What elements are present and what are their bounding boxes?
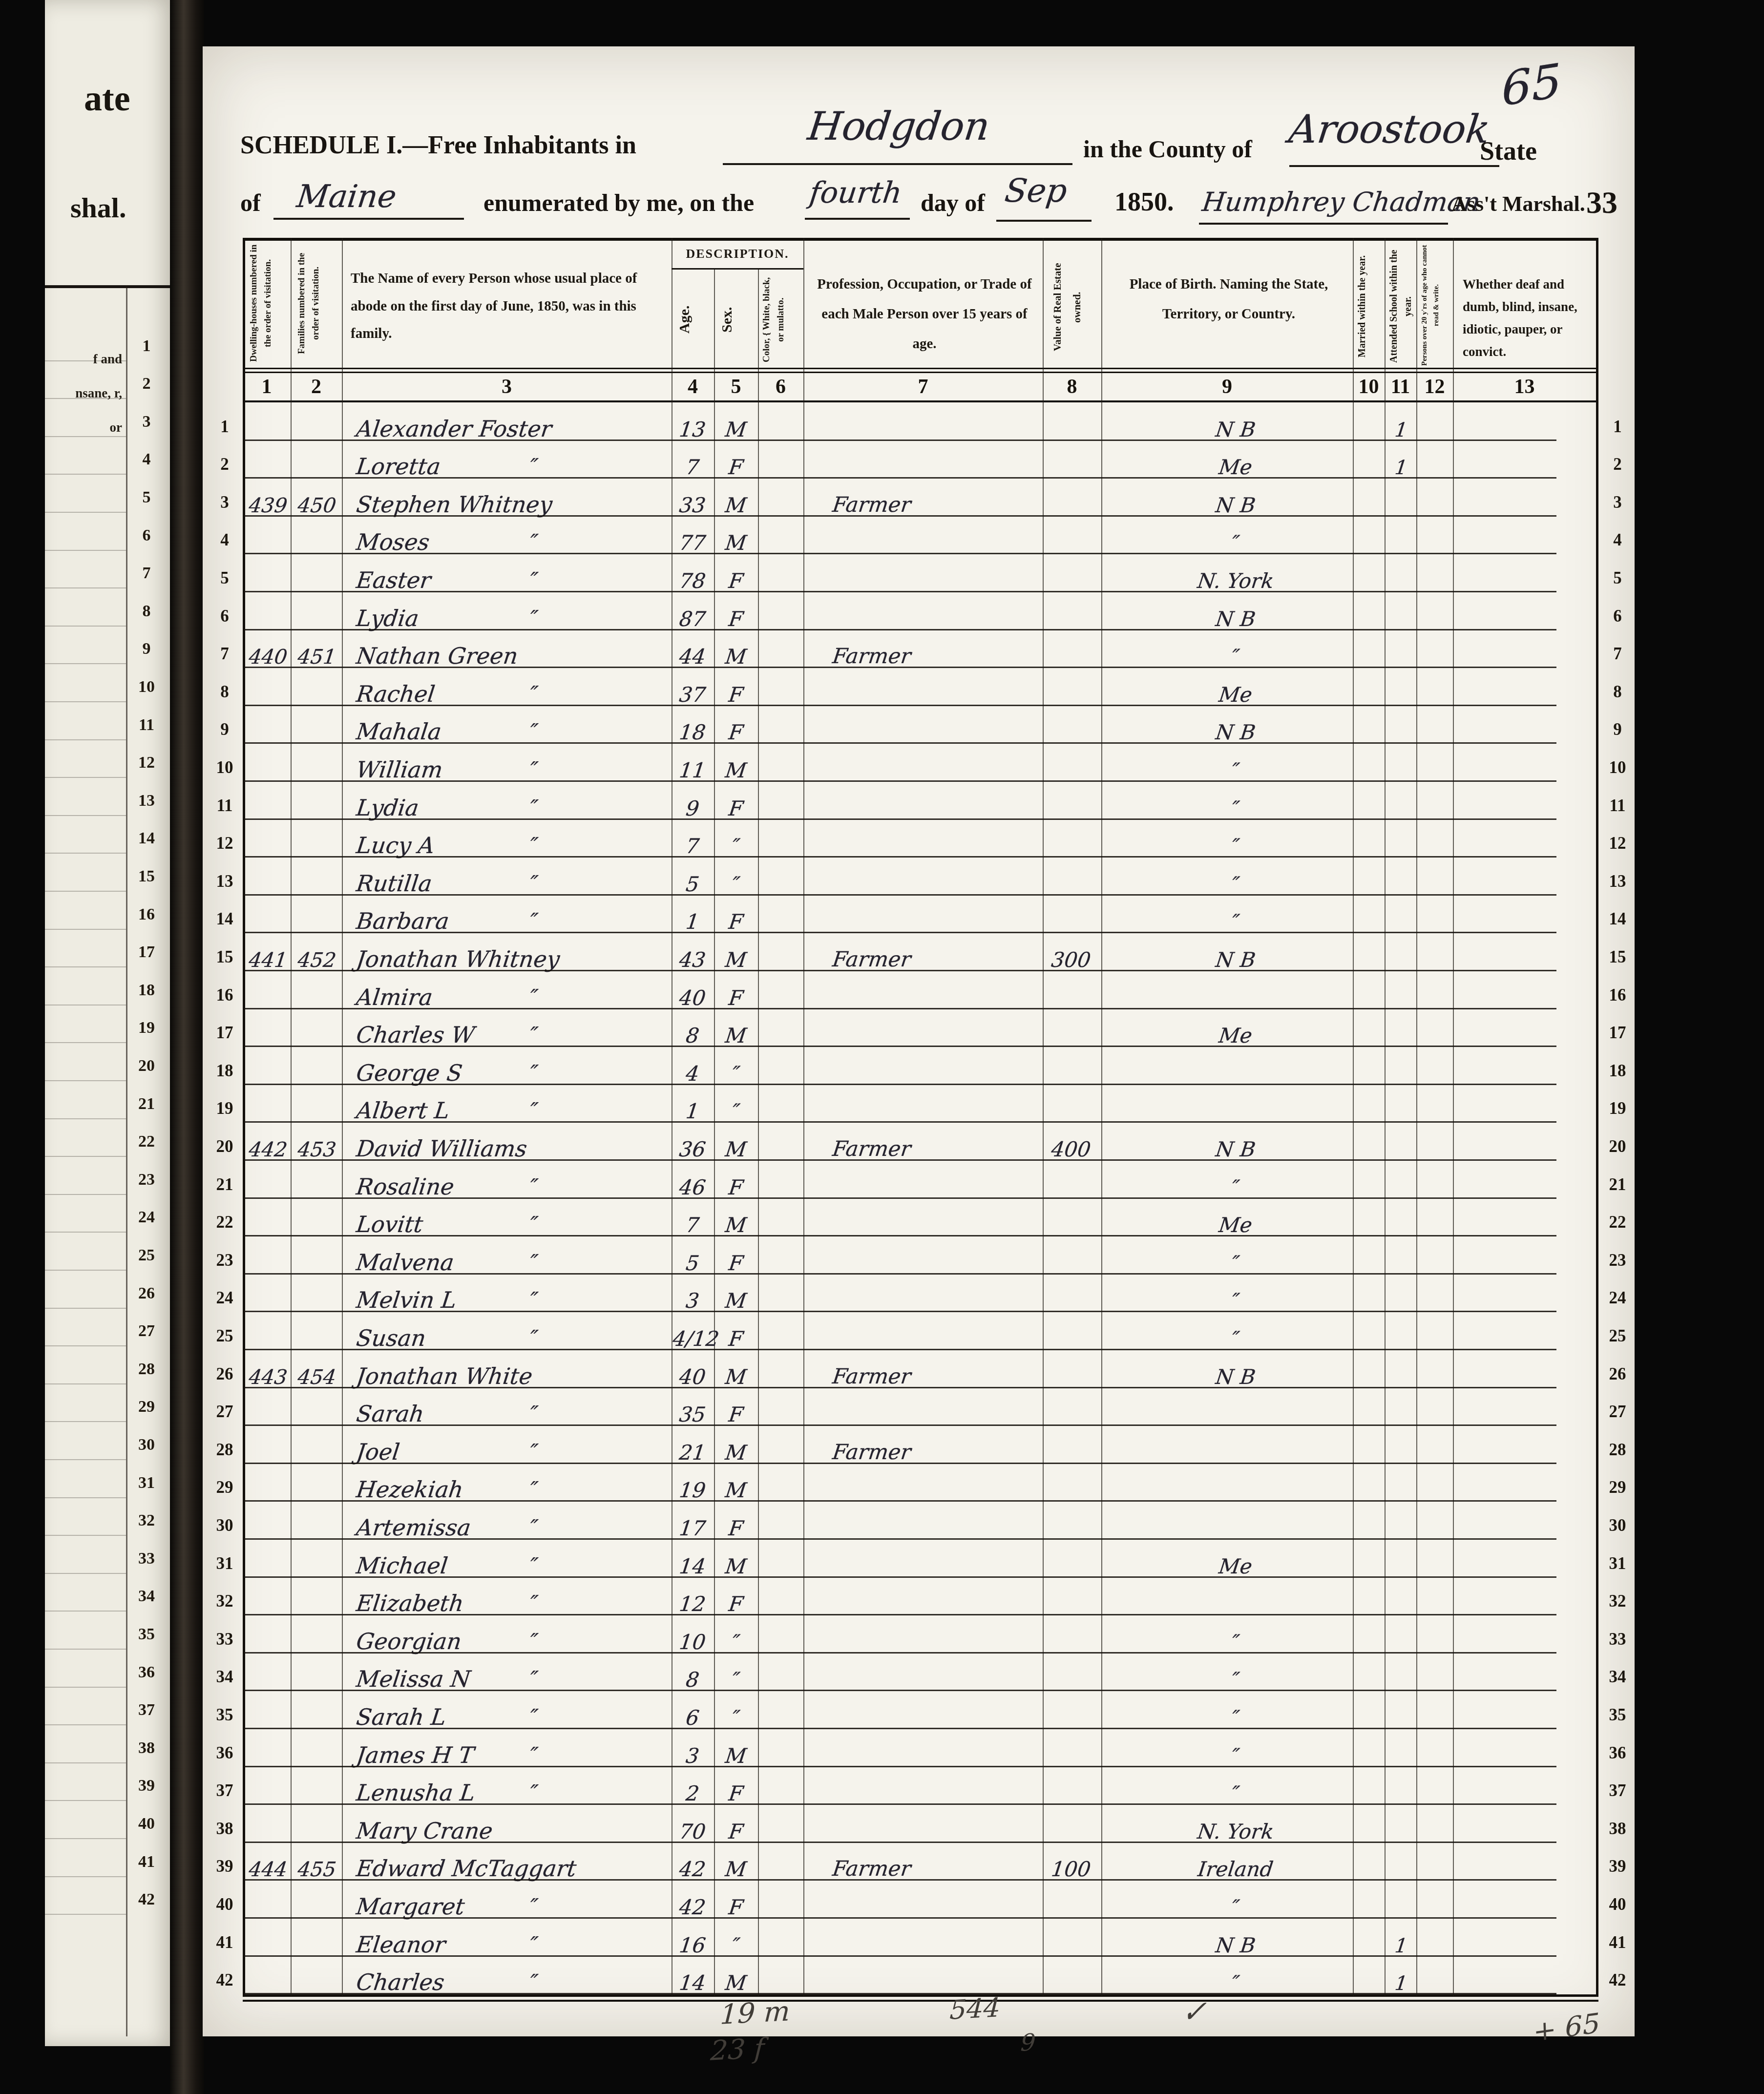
cell-occupation: Farmer (831, 646, 1044, 667)
cell-age: 17 (672, 1518, 713, 1539)
col-num-3: 3 (342, 375, 672, 398)
cell-dwelling-number: 443 (244, 1367, 292, 1387)
cell-age: 16 (672, 1935, 713, 1956)
cell-name: Mary Crane (355, 1820, 671, 1842)
cell-sex: M (715, 1215, 756, 1235)
cell-age: 6 (672, 1708, 713, 1728)
cell-sex: M (715, 533, 756, 553)
cell-age: 13 (672, 419, 713, 440)
cell-sex: F (715, 1253, 756, 1274)
row-number-right: 31 (1603, 1555, 1632, 1572)
cell-age: 70 (672, 1822, 713, 1842)
row-number-left: 8 (211, 683, 238, 700)
cell-name: Jonathan White (355, 1365, 671, 1387)
cell-age: 33 (672, 495, 713, 516)
cell-sex: ″ (715, 1708, 756, 1728)
row-number-left: 35 (211, 1706, 238, 1723)
cell-sex: F (715, 1783, 756, 1804)
row-number-left: 17 (211, 1024, 238, 1041)
col-num-7: 7 (803, 375, 1043, 398)
cell-age: 87 (672, 609, 713, 629)
cell-sex: F (715, 1404, 756, 1425)
col-num-5: 5 (714, 375, 758, 398)
table-row: 20 442 453 David Williams 36 M Farmer 40… (203, 1123, 1635, 1161)
cell-birthplace: N B (1122, 1139, 1349, 1160)
month-handwritten: Sep (1003, 172, 1069, 209)
cell-birthplace: N B (1122, 609, 1349, 629)
row-number-left: 39 (211, 1858, 238, 1875)
cell-birthplace: ″ (1122, 836, 1349, 857)
table-row: 28 Joel ″ 21 M Farmer 28 (203, 1426, 1635, 1464)
cell-family-number: 451 (292, 647, 341, 667)
cell-age: 5 (672, 874, 713, 895)
cell-age: 7 (672, 457, 713, 478)
col-num-8: 8 (1043, 375, 1101, 398)
row-number-right: 39 (1603, 1858, 1632, 1875)
row-number-right: 16 (1603, 986, 1632, 1004)
cell-name: George S (355, 1062, 671, 1084)
cell-sex: F (715, 685, 756, 705)
table-row: 22 Lovitt ″ 7 M Me 22 (203, 1199, 1635, 1237)
cell-age: 18 (672, 722, 713, 743)
cell-surname-ditto: ″ (518, 1214, 549, 1235)
row-number-right: 22 (1603, 1214, 1632, 1231)
annotation-checkmark: ✓ (1181, 1994, 1207, 2030)
row-number-right: 42 (1603, 1971, 1632, 1989)
cell-birthplace: ″ (1122, 1632, 1349, 1653)
row-number-right: 29 (1603, 1479, 1632, 1496)
cell-surname-ditto: ″ (518, 1631, 549, 1653)
table-row: 9 Mahala ″ 18 F N B 9 (203, 706, 1635, 744)
cell-age: 12 (672, 1594, 713, 1614)
row-number-right: 7 (1603, 645, 1632, 662)
cell-name: Lucy A (355, 834, 671, 857)
cell-age: 77 (672, 533, 713, 553)
row-number-right: 11 (1603, 797, 1632, 814)
row-number-left: 9 (211, 721, 238, 738)
table-row: 14 Barbara ″ 1 F ″ 14 (203, 896, 1635, 934)
cell-sex: M (715, 760, 756, 781)
col-num-6: 6 (758, 375, 803, 398)
cell-name: Melissa N (355, 1668, 671, 1690)
table-row: 19 Albert L ″ 1 ″ 19 (203, 1085, 1635, 1123)
cell-name: William (355, 758, 671, 781)
col-header-school: Attended School within the year. (1387, 247, 1414, 366)
cell-name: Rosaline (355, 1175, 671, 1198)
cell-surname-ditto: ″ (518, 1100, 549, 1122)
cell-age: 19 (672, 1480, 713, 1501)
year-label: 1850. (1114, 187, 1174, 217)
cell-birthplace: ″ (1122, 1670, 1349, 1690)
cell-birthplace: ″ (1122, 912, 1349, 932)
prev-page-row-number: 2 (132, 375, 161, 393)
cell-surname-ditto: ″ (518, 1782, 549, 1804)
enumerated-label: enumerated by me, on the (483, 188, 754, 217)
table-row: 42 Charles ″ 14 M ″ 1 42 (203, 1957, 1635, 1995)
col-header-cannot-read: Persons over 20 y'rs of age who cannot r… (1419, 244, 1451, 366)
cell-name: Alexander Foster (355, 418, 671, 440)
cell-name: Stephen Whitney (355, 493, 671, 516)
cell-birthplace: N. York (1122, 571, 1349, 591)
cell-birthplace: N B (1122, 419, 1349, 440)
row-number-left: 28 (211, 1441, 238, 1458)
row-number-right: 34 (1603, 1668, 1632, 1685)
cell-sex: F (715, 571, 756, 591)
row-number-left: 31 (211, 1555, 238, 1572)
row-number-left: 37 (211, 1782, 238, 1799)
row-number-right: 2 (1603, 456, 1632, 473)
state-word: State (1480, 136, 1537, 166)
row-number-right: 1 (1603, 418, 1632, 435)
cell-name: Rutilla (355, 872, 671, 895)
table-row: 36 James H T ″ 3 M ″ 36 (203, 1729, 1635, 1767)
cell-age: 14 (672, 1556, 713, 1577)
cell-name: Margaret (355, 1895, 671, 1918)
table-row: 34 Melissa N ″ 8 ″ ″ 34 (203, 1654, 1635, 1692)
cell-name: Barbara (355, 910, 671, 932)
row-number-left: 25 (211, 1327, 238, 1344)
cell-name: Mahala (355, 720, 671, 743)
page-number-script: 65 (1501, 53, 1563, 117)
cell-name: Jonathan Whitney (355, 948, 671, 970)
row-number-right: 28 (1603, 1441, 1632, 1458)
cell-age: 42 (672, 1897, 713, 1918)
cell-sex: F (715, 722, 756, 743)
row-number-left: 21 (211, 1176, 238, 1193)
cell-name: Melvin L (355, 1289, 671, 1311)
cell-age: 5 (672, 1253, 713, 1274)
cell-family-number: 454 (292, 1367, 341, 1387)
cell-birthplace: N B (1122, 950, 1349, 970)
signature-blank-line (1199, 223, 1448, 225)
cell-sex: M (715, 1367, 756, 1387)
cell-name: Charles (355, 1971, 671, 1993)
cell-name: Almira (355, 986, 671, 1008)
row-number-left: 14 (211, 910, 238, 927)
cell-name: Malvena (355, 1251, 671, 1274)
of-label: of (240, 188, 261, 217)
cell-name: Nathan Green (355, 645, 671, 667)
schedule-title: SCHEDULE I.—Free Inhabitants in (240, 131, 636, 160)
annotation-nine: 9 (1020, 2029, 1036, 2057)
row-number-right: 6 (1603, 607, 1632, 625)
cell-birthplace: ″ (1122, 1746, 1349, 1766)
census-page-scan: ate shal. f and nsane, r, or 12345678910… (0, 0, 1764, 2094)
cell-birthplace: N B (1122, 495, 1349, 516)
cell-sex: M (715, 1026, 756, 1046)
row-number-right: 35 (1603, 1706, 1632, 1723)
row-number-right: 13 (1603, 873, 1632, 890)
row-number-left: 5 (211, 569, 238, 586)
table-row: 26 443 454 Jonathan White 40 M Farmer N … (203, 1350, 1635, 1388)
cell-surname-ditto: ″ (518, 1403, 549, 1425)
day-blank-line (805, 218, 910, 220)
cell-sex: M (715, 419, 756, 440)
cell-birthplace: N B (1122, 1367, 1349, 1387)
cell-sex: ″ (715, 1101, 756, 1122)
cell-age: 37 (672, 685, 713, 705)
table-row: 13 Rutilla ″ 5 ″ ″ 13 (203, 858, 1635, 896)
cell-surname-ditto: ″ (518, 759, 549, 781)
row-number-left: 7 (211, 645, 238, 662)
cell-name: Edward McTaggart (355, 1857, 671, 1880)
cell-birthplace: ″ (1122, 1329, 1349, 1349)
cell-age: 43 (672, 950, 713, 970)
cell-age: 2 (672, 1783, 713, 1804)
cell-real-estate-value: 300 (1042, 950, 1099, 970)
table-row: 17 Charles W ″ 8 M Me 17 (203, 1009, 1635, 1047)
row-number-left: 40 (211, 1896, 238, 1913)
row-number-right: 32 (1603, 1592, 1632, 1610)
cell-birthplace: ″ (1122, 1708, 1349, 1728)
cell-surname-ditto: ″ (518, 1745, 549, 1766)
cell-surname-ditto: ″ (518, 1669, 549, 1690)
row-number-right: 30 (1603, 1517, 1632, 1534)
table-row: 24 Melvin L ″ 3 M ″ 24 (203, 1275, 1635, 1313)
row-number-left: 23 (211, 1252, 238, 1269)
annotation-males: 19 m (719, 1995, 791, 2031)
cell-surname-ditto: ″ (518, 1328, 549, 1349)
row-number-right: 37 (1603, 1782, 1632, 1799)
cell-sex: M (715, 1746, 756, 1766)
cell-family-number: 453 (292, 1140, 341, 1160)
cell-dwelling-number: 440 (244, 647, 292, 667)
col-header-real-estate: Value of Real Estate owned. (1048, 249, 1097, 365)
cell-age: 36 (672, 1139, 713, 1160)
row-number-left: 26 (211, 1365, 238, 1382)
col-header-profession: Profession, Occupation, or Trade of each… (812, 270, 1037, 359)
prev-page-marshal-partial: shal. (70, 191, 126, 224)
row-number-left: 29 (211, 1479, 238, 1496)
cell-age: 3 (672, 1291, 713, 1311)
col-header-name: The Name of every Person whose usual pla… (351, 265, 664, 348)
row-number-left: 22 (211, 1214, 238, 1231)
description-underline (672, 268, 803, 270)
table-row: 35 Sarah L ″ 6 ″ ″ 35 (203, 1691, 1635, 1729)
cell-surname-ditto: ″ (518, 911, 549, 932)
cell-sex: F (715, 1177, 756, 1198)
cell-birthplace: Me (1122, 1215, 1349, 1235)
table-row: 29 Hezekiah ″ 19 M 29 (203, 1464, 1635, 1502)
cell-age: 3 (672, 1746, 713, 1766)
row-number-right: 36 (1603, 1744, 1632, 1761)
row-number-left: 10 (211, 759, 238, 776)
cell-age: 7 (672, 1215, 713, 1235)
cell-name: Hezekiah (355, 1478, 671, 1501)
cell-surname-ditto: ″ (518, 797, 549, 819)
table-row: 5 Easter ″ 78 F N. York 5 (203, 554, 1635, 592)
cell-age: 21 (672, 1443, 713, 1463)
row-number-right: 17 (1603, 1024, 1632, 1041)
cell-occupation: Farmer (831, 1366, 1044, 1387)
table-row: 27 Sarah ″ 35 F 27 (203, 1388, 1635, 1426)
row-number-left: 27 (211, 1403, 238, 1420)
cell-name: Elizabeth (355, 1592, 671, 1614)
cell-dwelling-number: 444 (244, 1860, 292, 1880)
cell-age: 11 (672, 760, 713, 781)
cell-dwelling-number: 442 (244, 1140, 292, 1160)
table-row: 39 444 455 Edward McTaggart 42 M Farmer … (203, 1843, 1635, 1881)
cell-sex: F (715, 457, 756, 478)
cell-occupation: Farmer (831, 949, 1044, 970)
row-number-left: 1 (211, 418, 238, 435)
cell-surname-ditto: ″ (518, 1555, 549, 1577)
cell-surname-ditto: ″ (518, 1252, 549, 1274)
row-number-right: 24 (1603, 1289, 1632, 1306)
table-row: 1 Alexander Foster 13 M N B 1 1 (203, 403, 1635, 441)
row-number-left: 15 (211, 948, 238, 965)
county-label: in the County of (1083, 135, 1252, 163)
row-number-right: 5 (1603, 569, 1632, 586)
cell-name: Lenusha L (355, 1781, 671, 1804)
description-group-label: DESCRIPTION. (674, 247, 801, 261)
cell-surname-ditto: ″ (518, 873, 549, 895)
row-number-right: 9 (1603, 721, 1632, 738)
table-row: 40 Margaret ″ 42 F ″ 40 (203, 1881, 1635, 1919)
cell-age: 46 (672, 1177, 713, 1198)
table-row: 23 Malvena ″ 5 F ″ 23 (203, 1236, 1635, 1275)
town-blank-line (723, 163, 1072, 165)
cell-surname-ditto: ″ (518, 987, 549, 1008)
cell-surname-ditto: ″ (518, 1593, 549, 1614)
town-handwritten: Hodgdon (805, 104, 992, 149)
cell-surname-ditto: ″ (518, 608, 549, 629)
cell-age: 8 (672, 1670, 713, 1690)
col-num-10: 10 (1353, 375, 1385, 398)
cell-sex: M (715, 1556, 756, 1577)
cell-sex: F (715, 1822, 756, 1842)
cell-birthplace: ″ (1122, 1897, 1349, 1918)
prev-page-row-number: 1 (132, 337, 161, 356)
col-header-age: Age. (676, 274, 711, 365)
cell-surname-ditto: ″ (518, 1025, 549, 1046)
row-number-left: 13 (211, 873, 238, 890)
cell-name: Sarah (355, 1403, 671, 1425)
cell-name: Charles W (355, 1024, 671, 1046)
row-number-right: 21 (1603, 1176, 1632, 1193)
cell-birthplace: Ireland (1122, 1859, 1349, 1880)
row-number-right: 19 (1603, 1100, 1632, 1117)
cell-surname-ditto: ″ (518, 1896, 549, 1918)
table-row: 41 Eleanor ″ 16 ″ N B 1 41 (203, 1919, 1635, 1957)
cell-surname-ditto: ″ (518, 1442, 549, 1463)
table-row: 25 Susan ″ 4/12 F ″ 25 (203, 1312, 1635, 1350)
row-number-left: 12 (211, 835, 238, 852)
prev-page-row-rule (45, 360, 126, 361)
state-blank-line (273, 218, 464, 220)
row-number-right: 41 (1603, 1934, 1632, 1951)
cell-sex: M (715, 647, 756, 667)
row-number-left: 19 (211, 1100, 238, 1117)
cell-birthplace: ″ (1122, 1973, 1349, 1993)
cell-name: Susan (355, 1327, 671, 1349)
cell-name: Georgian (355, 1630, 671, 1653)
cell-occupation: Farmer (831, 1859, 1044, 1880)
row-number-left: 42 (211, 1971, 238, 1989)
cell-age: 4 (672, 1064, 713, 1084)
cell-name: David Williams (355, 1137, 671, 1160)
table-row: 16 Almira ″ 40 F 16 (203, 971, 1635, 1009)
cell-name: Joel (355, 1441, 671, 1463)
cell-birthplace: ″ (1122, 760, 1349, 781)
table-row: 2 Loretta ″ 7 F Me 1 2 (203, 441, 1635, 479)
cell-sex: ″ (715, 874, 756, 895)
col-num-13: 13 (1453, 375, 1596, 398)
row-number-left: 6 (211, 607, 238, 625)
county-handwritten: Aroostook (1286, 106, 1492, 152)
col-header-sex: Sex. (719, 274, 754, 365)
table-row: 8 Rachel ″ 37 F Me 8 (203, 668, 1635, 706)
cell-sex: M (715, 1480, 756, 1501)
cell-sex: ″ (715, 1670, 756, 1690)
cell-name: Artemissa (355, 1516, 671, 1539)
header-bottom-rule-2 (243, 372, 1598, 373)
cell-age: 40 (672, 1367, 713, 1387)
row-number-right: 26 (1603, 1365, 1632, 1382)
cell-sex: ″ (715, 1632, 756, 1653)
cell-sex: F (715, 1594, 756, 1614)
row-number-left: 11 (211, 797, 238, 814)
cell-sex: F (715, 1518, 756, 1539)
cell-age: 35 (672, 1404, 713, 1425)
cell-surname-ditto: ″ (518, 1707, 549, 1728)
cell-age: 9 (672, 798, 713, 819)
cell-surname-ditto: ″ (518, 1934, 549, 1956)
table-row: 3 439 450 Stephen Whitney 33 M Farmer N … (203, 479, 1635, 517)
row-number-right: 8 (1603, 683, 1632, 700)
row-number-right: 27 (1603, 1403, 1632, 1420)
row-number-right: 10 (1603, 759, 1632, 776)
day-handwritten: fourth (808, 176, 904, 210)
cell-name: Sarah L (355, 1706, 671, 1728)
cell-surname-ditto: ″ (518, 570, 549, 591)
cell-name: James H T (355, 1744, 671, 1766)
cell-surname-ditto: ″ (518, 1290, 549, 1311)
cell-dwelling-number: 439 (244, 496, 292, 516)
cell-sex: M (715, 1443, 756, 1463)
row-number-right: 20 (1603, 1138, 1632, 1155)
row-number-left: 24 (211, 1289, 238, 1306)
table-row: 10 William ″ 11 M ″ 10 (203, 744, 1635, 782)
cell-age: 14 (672, 1973, 713, 1993)
row-number-left: 3 (211, 494, 238, 511)
prev-page-state-partial: ate (84, 78, 130, 120)
month-blank-line (996, 220, 1092, 222)
cell-sex: ″ (715, 1064, 756, 1084)
row-number-left: 16 (211, 986, 238, 1004)
cell-birthplace: ″ (1122, 1783, 1349, 1804)
cell-occupation: Farmer (831, 1139, 1044, 1160)
table-row: 6 Lydia ″ 87 F N B 6 (203, 592, 1635, 630)
day-of-label: day of (921, 188, 985, 217)
row-number-right: 25 (1603, 1327, 1632, 1344)
cell-attended-school-tick: 1 (1386, 1974, 1417, 1993)
cell-family-number: 455 (292, 1860, 341, 1880)
cell-name: Loretta (355, 455, 671, 478)
table-row: 18 George S ″ 4 ″ 18 (203, 1047, 1635, 1085)
table-row: 7 440 451 Nathan Green 44 M Farmer ″ 7 (203, 630, 1635, 669)
cell-name: Michael (355, 1554, 671, 1577)
cell-birthplace: ″ (1122, 533, 1349, 553)
col-num-9: 9 (1101, 375, 1353, 398)
row-number-left: 38 (211, 1820, 238, 1837)
cell-age: 8 (672, 1026, 713, 1046)
cell-dwelling-number: 441 (244, 950, 292, 970)
row-number-right: 18 (1603, 1062, 1632, 1079)
col-header-birthplace: Place of Birth. Naming the State, Territ… (1111, 270, 1346, 329)
cell-age: 42 (672, 1859, 713, 1880)
cell-birthplace: ″ (1122, 647, 1349, 667)
